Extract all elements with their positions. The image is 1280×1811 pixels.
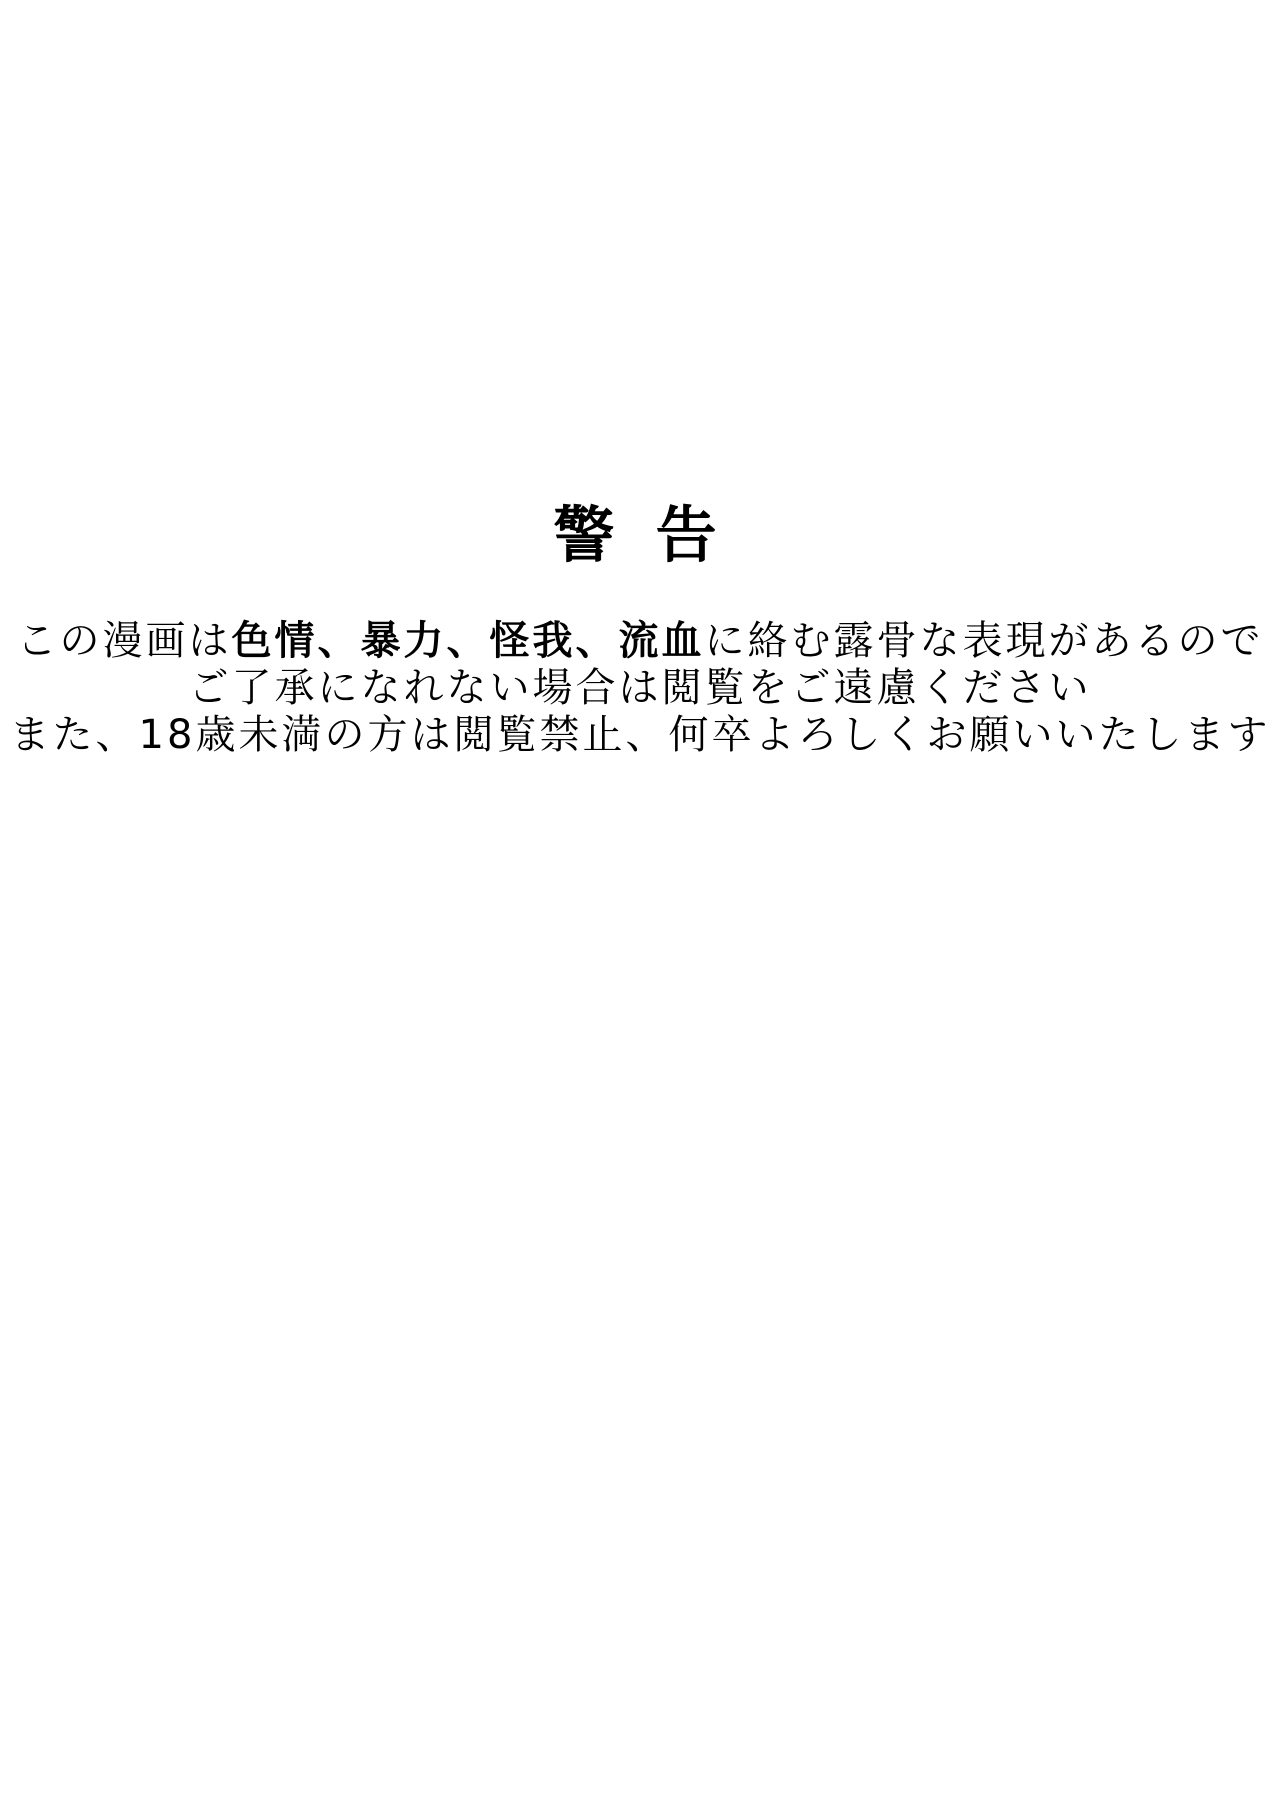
warning-line-1-suffix: に絡む露骨な表現があるので — [705, 618, 1264, 664]
warning-title: 警 告 — [0, 502, 1280, 569]
warning-line-2: ご了承になれない場合は閲覧をご遠慮ください — [0, 665, 1280, 712]
warning-line-1-prefix: この漫画は — [17, 618, 232, 664]
warning-page: 警 告 この漫画は色情、暴力、怪我、流血に絡む露骨な表現があるので ご了承になれ… — [0, 0, 1280, 1811]
warning-body-text: この漫画は色情、暴力、怪我、流血に絡む露骨な表現があるので ご了承になれない場合… — [0, 618, 1280, 759]
warning-line-1: この漫画は色情、暴力、怪我、流血に絡む露骨な表現があるので — [0, 618, 1280, 665]
warning-line-1-bold-keywords: 色情、暴力、怪我、流血 — [232, 618, 705, 664]
warning-line-3: また、18歳未満の方は閲覧禁止、何卒よろしくお願いいたします — [0, 712, 1280, 759]
